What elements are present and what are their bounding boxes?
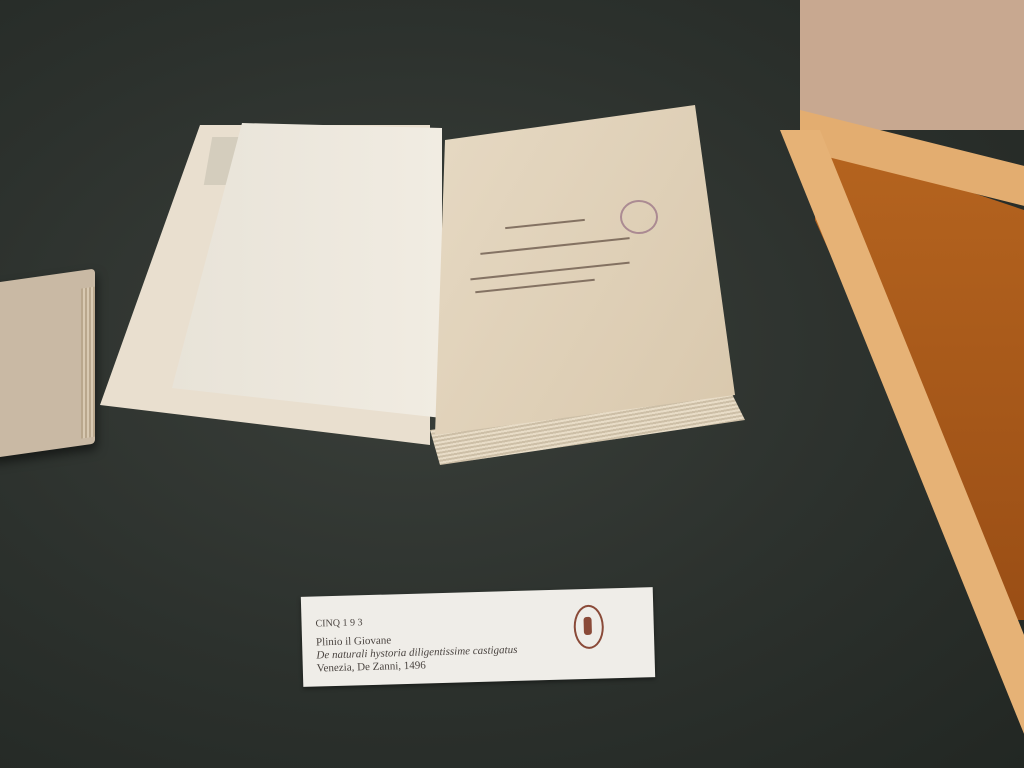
wall (800, 0, 1024, 130)
exhibit-label: CINQ 1 9 3 Plinio il Giovane De naturali… (301, 587, 655, 687)
author: Plinio il Giovane (316, 634, 391, 648)
title-page (435, 105, 735, 435)
imprint: Venezia, De Zanni, 1496 (317, 659, 426, 674)
exhibit-photo: CINQ 1 9 3 Plinio il Giovane De naturali… (0, 0, 1024, 768)
open-book (100, 105, 745, 470)
shelfmark: CINQ 1 9 3 (315, 617, 362, 629)
stamp-icon (620, 200, 658, 234)
library-seal-icon (573, 604, 604, 649)
closed-book (0, 269, 95, 459)
